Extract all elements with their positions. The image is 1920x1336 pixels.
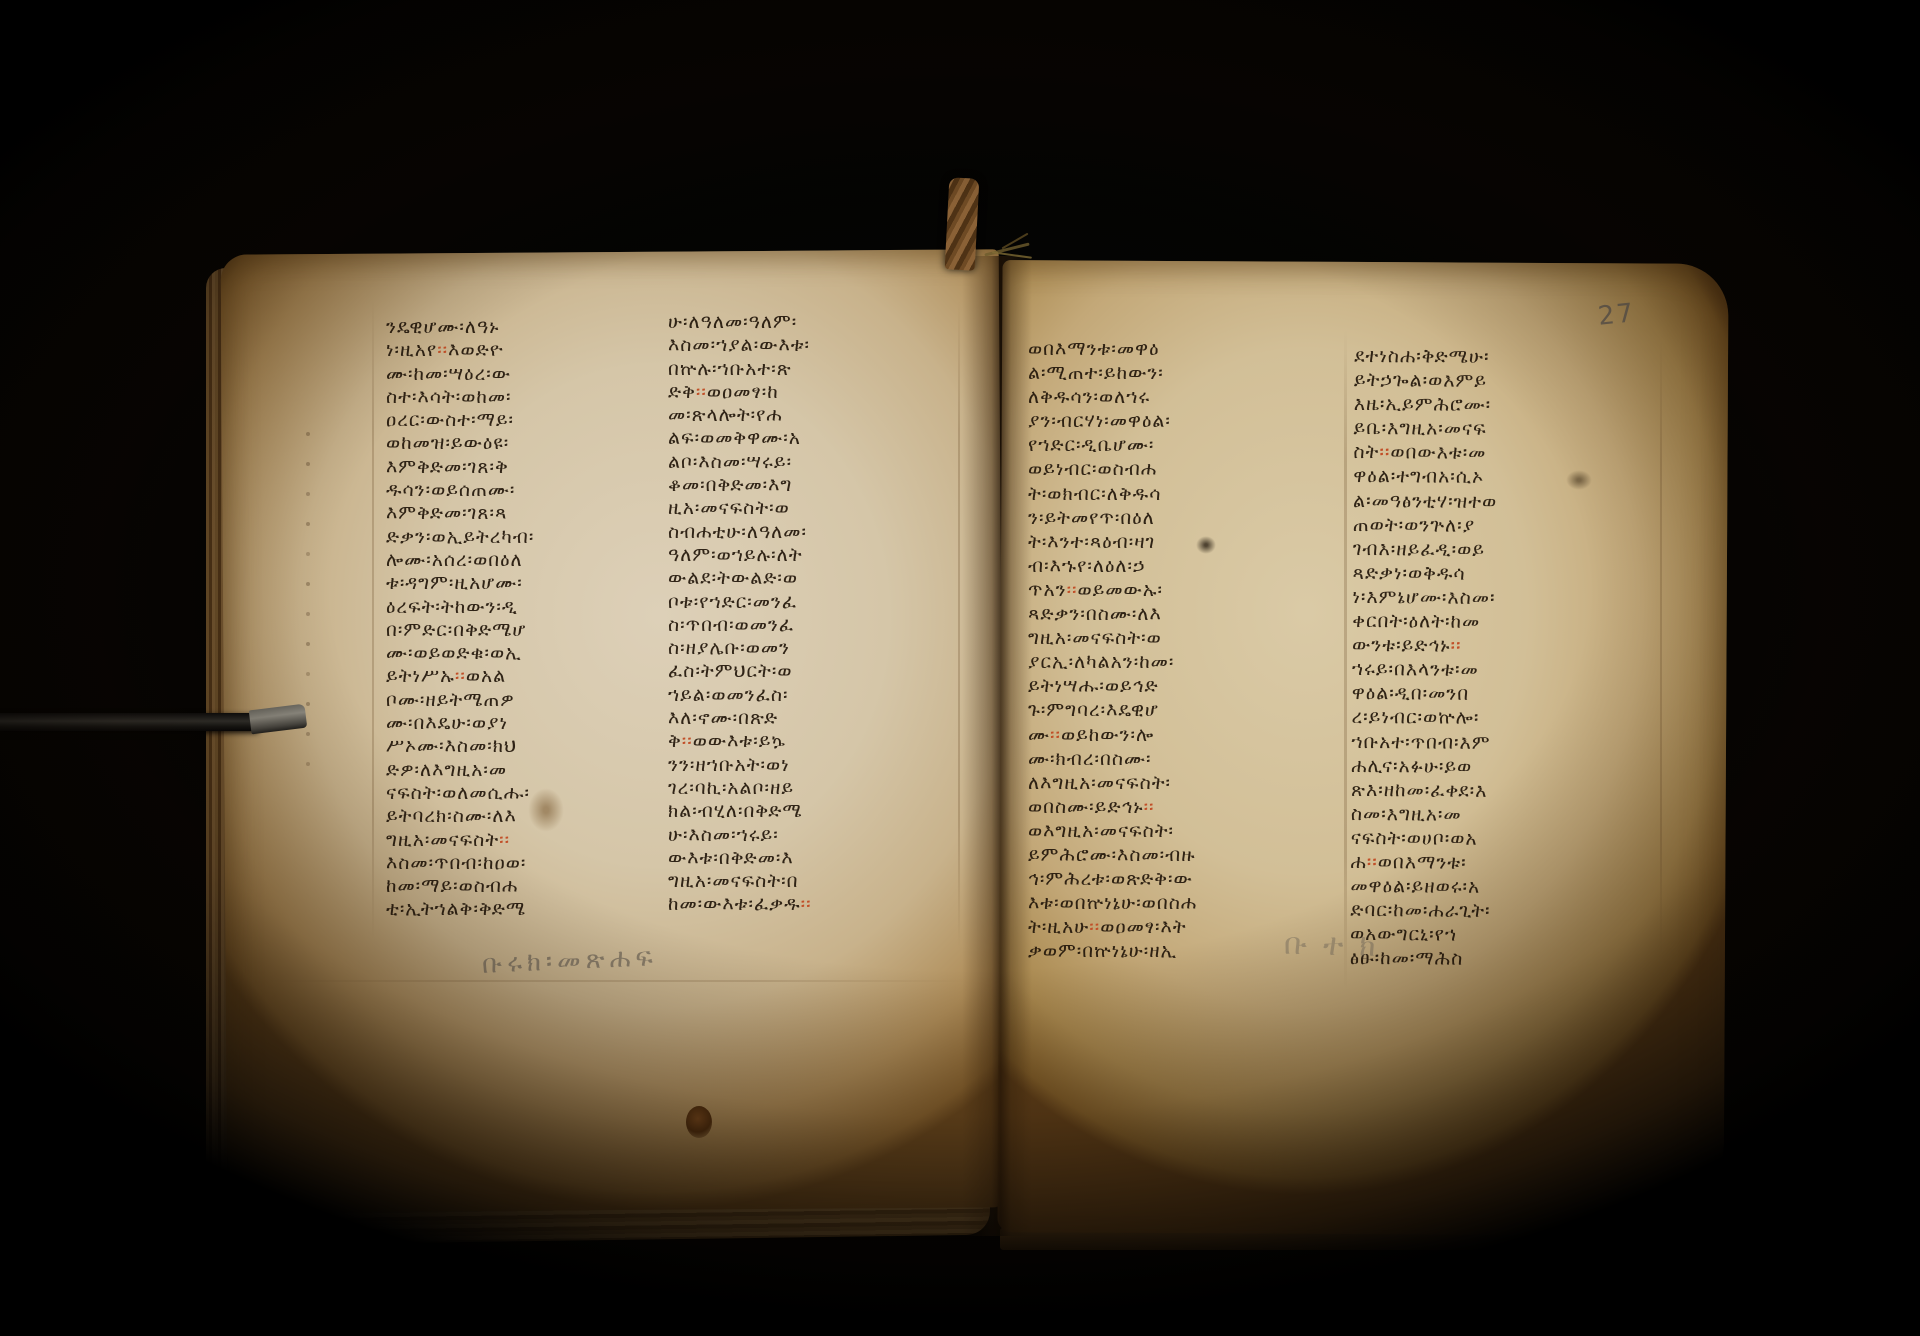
text-line: ዋዕል፡ተግብአ፡ሲኦ [1353, 464, 1653, 490]
rubric-mark: ፡፡ [801, 893, 812, 915]
text-line: ወእግዚአ፡መናፍስት፡ [1028, 819, 1340, 843]
text-line: ናፍስት፡ወለመሲሑ፡ [386, 782, 661, 805]
rubric-mark: ፡፡ [1089, 916, 1100, 938]
text-column-left-2: ሁ፡ለዓለመ፡ዓለም፡እስመ፡ኀያል፡ውእቱ፡በኵሉ፡ኀቡአተ፡ጽድቅ፡፡ወዐመ… [668, 311, 953, 917]
text-line: መ፡ጽላሎት፡የሐ [668, 404, 953, 427]
text-line: መዋዕል፡ይዘወሩ፡አ [1350, 874, 1650, 900]
text-line: እዜ፡ኢይምሕሮሙ፡ [1354, 392, 1654, 418]
text-line: ኅ፡ምሕረቱ፡ወጽድቅ፡ው [1028, 867, 1340, 891]
text-line: ሁ፡ለዓለመ፡ዓለም፡ [668, 311, 953, 334]
rubric-mark: ፡፡ [1067, 579, 1078, 601]
ruling-crease [958, 300, 960, 950]
rubric-mark: ፡፡ [499, 829, 510, 851]
text-line: የኀድር፡ዲቤሆሙ፡ [1028, 433, 1340, 457]
text-line: ይትነሥኡ፡፡ወአል [386, 665, 661, 688]
text-line: ስብሐቲሁ፡ለዓለመ፡ [668, 521, 953, 544]
text-line: ን፡ይትመየጥ፡በዕለ [1028, 506, 1340, 530]
text-line: ስተ፡እሳት፡ወከመ፡ [386, 386, 661, 409]
text-line: ደተነስሐ፡ቅድሜሁ፡ [1354, 344, 1654, 370]
ruling-crease-horizontal [250, 980, 970, 982]
text-line: ከመ፡ውእቱ፡ፈቃዱ፡፡ [668, 893, 953, 916]
rubric-mark: ፡፡ [1367, 851, 1378, 873]
text-line: ሁ፡እስመ፡ኀሩይ፡ [668, 824, 953, 847]
text-line: ልፍ፡ወመቅዋሙ፡አ [668, 427, 953, 450]
text-line: ጻድቃነ፡ወቅዱሳ [1353, 561, 1653, 587]
text-line: ጻድቃን፡በስሙ፡ለእ [1028, 602, 1340, 626]
text-line: ዋዕል፡ዲበ፡መንበ [1352, 681, 1652, 707]
text-line: ሥኦሙ፡እስመ፡ክህ [386, 735, 661, 758]
text-line: ገብእ፡ዘይፈዲ፡ወይ [1353, 537, 1653, 563]
text-line: ክል፡ብሂለ፡በቅድሜ [668, 800, 953, 823]
text-line: ቅ፡፡ወውእቱ፡ይኴ [668, 730, 953, 753]
text-line: ኀሩይ፡በእላንቱ፡መ [1352, 657, 1652, 683]
ruling-crease [372, 300, 374, 940]
text-line: ፅፁ፡ከመ፡ማሕስ [1350, 946, 1650, 972]
text-line: ዕረፍት፡ትከውን፡ዲ [386, 596, 661, 619]
text-line: ውልደ፡ትውልድ፡ወ [668, 567, 953, 590]
gutter-shadow [962, 256, 1032, 1236]
text-line: ነ፡ዚአየ፡፡እወድዮ [386, 339, 661, 362]
rubric-mark: ፡፡ [696, 381, 707, 403]
text-line: ንዴዊሆሙ፡ለዓኑ [386, 316, 661, 339]
text-line: ወበእማንቱ፡መዋዕ [1028, 337, 1340, 361]
text-line: ይትኃጐል፡ወእምይ [1354, 368, 1654, 394]
text-line: ቀርበት፡ዕለት፡ከመ [1352, 609, 1652, 635]
text-line: ወአውግርኒ፡የኀ [1350, 922, 1650, 948]
text-line: ኀቡአተ፡ጥበብ፡እም [1351, 729, 1651, 755]
text-column-right-2: ደተነስሐ፡ቅድሜሁ፡ይትኃጐል፡ወእምይእዜ፡ኢይምሕሮሙ፡ይቤ፡እግዚአ፡መ… [1350, 344, 1654, 973]
rubric-mark: ፡፡ [455, 665, 466, 687]
text-line: ሙ፡ከመ፡ሣዕረ፡ው [386, 363, 661, 386]
text-line: ጉ፡ምግባረ፡እዴዊሆ [1028, 698, 1340, 722]
pencil-inscription-right: ቡተክ [1284, 927, 1393, 965]
text-line: እስመ፡ኀያል፡ውእቱ፡ [668, 334, 953, 357]
text-line: ጥአን፡፡ወይመውኡ፡ [1028, 578, 1340, 602]
text-line: ድቅ፡፡ወዐመፃ፡ከ [668, 381, 953, 404]
text-line: ወይነብር፡ወስብሐ [1028, 457, 1340, 481]
manuscript-book: ንዴዊሆሙ፡ለዓኑነ፡ዚአየ፡፡እወድዮሙ፡ከመ፡ሣዕረ፡ውስተ፡እሳት፡ወከመ… [0, 0, 1920, 1336]
text-line: ልቦ፡እስመ፡ሣሩይ፡ [668, 451, 953, 474]
parchment-hole-spot [686, 1106, 712, 1138]
metal-rod [0, 713, 258, 731]
text-line: በኵሉ፡ኀቡአተ፡ጽ [668, 358, 953, 381]
ink-smudge [1196, 536, 1216, 554]
text-line: ብ፡እኁየ፡ለዕለ፡ኃ [1028, 554, 1340, 578]
text-line: ስ፡ጥበብ፡ወመንፈ [668, 614, 953, 637]
ruling-crease [1660, 340, 1662, 960]
text-line: ሙ፡በእዴሁ፡ወያነ [386, 712, 661, 735]
text-line: እስመ፡ጥበብ፡ከዐወ፡ [386, 852, 661, 875]
text-column-left-1: ንዴዊሆሙ፡ለዓኑነ፡ዚአየ፡፡እወድዮሙ፡ከመ፡ሣዕረ፡ውስተ፡እሳት፡ወከመ… [386, 316, 661, 922]
text-line: ይምሕሮሙ፡እስመ፡ብዙ [1028, 843, 1340, 867]
text-line: ግዚአ፡መናፍስት፡በ [668, 870, 953, 893]
text-line: ዐረር፡ውስተ፡ማይ፡ [386, 409, 661, 432]
text-line: ፈስ፡ትምህርት፡ወ [668, 660, 953, 683]
text-line: ቆመ፡በቅድመ፡እግ [668, 474, 953, 497]
text-line: ወከመዝ፡ይውዕዩ፡ [386, 432, 661, 455]
text-line: ገረ፡ባኪ፡አልቦ፡ዘይ [668, 777, 953, 800]
text-line: ዱሳን፡ወይሰጠሙ፡ [386, 479, 661, 502]
text-line: ድቃን፡ወኢይትረካብ፡ [386, 526, 661, 549]
text-line: ያን፡ብርሃነ፡መዋዕል፡ [1028, 409, 1340, 433]
text-line: ለእግዚአ፡መናፍስት፡ [1028, 771, 1340, 795]
text-line: ሙ፡፡ወይከውን፡ሎ [1028, 723, 1340, 747]
text-line: ል፡ሚጠተ፡ይከውን፡ [1028, 361, 1340, 385]
text-line: ጠወት፡ወንጕለ፡ያ [1353, 513, 1653, 539]
text-line: ንን፡ዘኀቡአት፡ወነ [668, 754, 953, 777]
text-line: በ፡ምድር፡በቅድሜሆ [386, 619, 661, 642]
text-line: እቱ፡ወበኵነኔሁ፡ወበስሐ [1028, 891, 1340, 915]
text-line: ዚአ፡መናፍስት፡ወ [668, 497, 953, 520]
text-line: ል፡መዓፅንቲሃ፡ዝተወ [1353, 489, 1653, 515]
text-line: ቱ፡ዳግም፡ዚአሆሙ፡ [386, 572, 661, 595]
text-line: ግዚአ፡መናፍስት፡ወ [1028, 626, 1340, 650]
rubric-mark: ፡፡ [682, 730, 693, 752]
rubric-mark: ፡፡ [1379, 442, 1390, 464]
text-line: ወበስሙ፡ይድኅኑ፡፡ [1028, 795, 1340, 819]
binding-cord [945, 177, 980, 270]
text-column-right-1: ወበእማንቱ፡መዋዕል፡ሚጠተ፡ይከውን፡ለቅዱሳን፡ወለኀሩያን፡ብርሃነ፡መ… [1028, 337, 1340, 963]
text-line: ስ፡ዘያሌቡ፡ወመን [668, 637, 953, 660]
text-line: ይትነሣሑ፡ወይኅድ [1028, 674, 1340, 698]
text-line: እምቅድመ፡ገጸ፡ጻ [386, 502, 661, 525]
pricking-holes [306, 432, 310, 436]
text-line: ነ፡እምኔሆሙ፡እስመ፡ [1352, 585, 1652, 611]
text-line: ድዎ፡ለእግዚአ፡መ [386, 759, 661, 782]
text-line: ናፍስት፡ወሀቦ፡ወአ [1351, 826, 1651, 852]
rubric-mark: ፡፡ [437, 339, 448, 361]
text-line: ት፡ወክብር፡ለቅዱሳ [1028, 482, 1340, 506]
text-line: ጽእ፡ዘከመ፡ፈቀደ፡እ [1351, 778, 1651, 804]
text-line: ረ፡ይነብር፡ወኵሎ፡ [1351, 705, 1651, 731]
stain-smudge [528, 788, 564, 832]
text-line: ግዚአ፡መናፍስት፡፡ [386, 829, 661, 852]
text-line: እምቅድመ፡ገጸ፡ቅ [386, 456, 661, 479]
page-number: 27 [1597, 298, 1637, 332]
text-line: ሐ፡፡ወበእማንቱ፡ [1350, 850, 1650, 876]
text-line: ኀይል፡ወመንፈስ፡ [668, 684, 953, 707]
text-line: ስት፡፡ወበውእቱ፡መ [1353, 440, 1653, 466]
rubric-mark: ፡፡ [1050, 724, 1061, 746]
text-line: ሙ፡ወይወድቁ፡ወኢ [386, 642, 661, 665]
text-line: ከመ፡ማይ፡ወስብሐ [386, 875, 661, 898]
text-line: ሙ፡ክብረ፡በስሙ፡ [1028, 747, 1340, 771]
text-line: ለቅዱሳን፡ወለኀሩ [1028, 385, 1340, 409]
rubric-mark: ፡፡ [1144, 796, 1155, 818]
text-line: ስመ፡እግዚአ፡መ [1351, 802, 1651, 828]
text-line: ውእቱ፡በቅድመ፡እ [668, 847, 953, 870]
text-line: ድባር፡ከመ፡ሐራጊት፡ [1350, 898, 1650, 924]
photo-background: ንዴዊሆሙ፡ለዓኑነ፡ዚአየ፡፡እወድዮሙ፡ከመ፡ሣዕረ፡ውስተ፡እሳት፡ወከመ… [0, 0, 1920, 1336]
text-line: ት፡እንተ፡ጻዕብ፡ዛገ [1028, 530, 1340, 554]
ruling-crease [1344, 330, 1347, 990]
text-line: ቲ፡ኢትኀልቅ፡ቅድሜ [386, 898, 661, 921]
stain-smudge [1566, 470, 1592, 490]
binding-fibers [982, 228, 1044, 268]
text-line: ቦሙ፡ዘይትሜጠዎ [386, 689, 661, 712]
text-line: እለ፡ኖሙ፡በጽድ [668, 707, 953, 730]
text-line: ያርኢ፡ለካልአን፡ከመ፡ [1028, 650, 1340, 674]
text-line: ዓለም፡ወኀይሉ፡ለት [668, 544, 953, 567]
text-line: ውንቱ፡ይድኅኑ፡፡ [1352, 633, 1652, 659]
text-line: ሎሙ፡አሰረ፡ወበዕለ [386, 549, 661, 572]
text-line: ቦቱ፡የኀድር፡መንፈ [668, 591, 953, 614]
text-line: ይትባረክ፡ስሙ፡ለእ [386, 805, 661, 828]
text-line: ሐሊና፡አፉሁ፡ይወ [1351, 754, 1651, 780]
text-line: ይቤ፡እግዚአ፡መናፍ [1354, 416, 1654, 442]
rubric-mark: ፡፡ [1450, 635, 1461, 657]
